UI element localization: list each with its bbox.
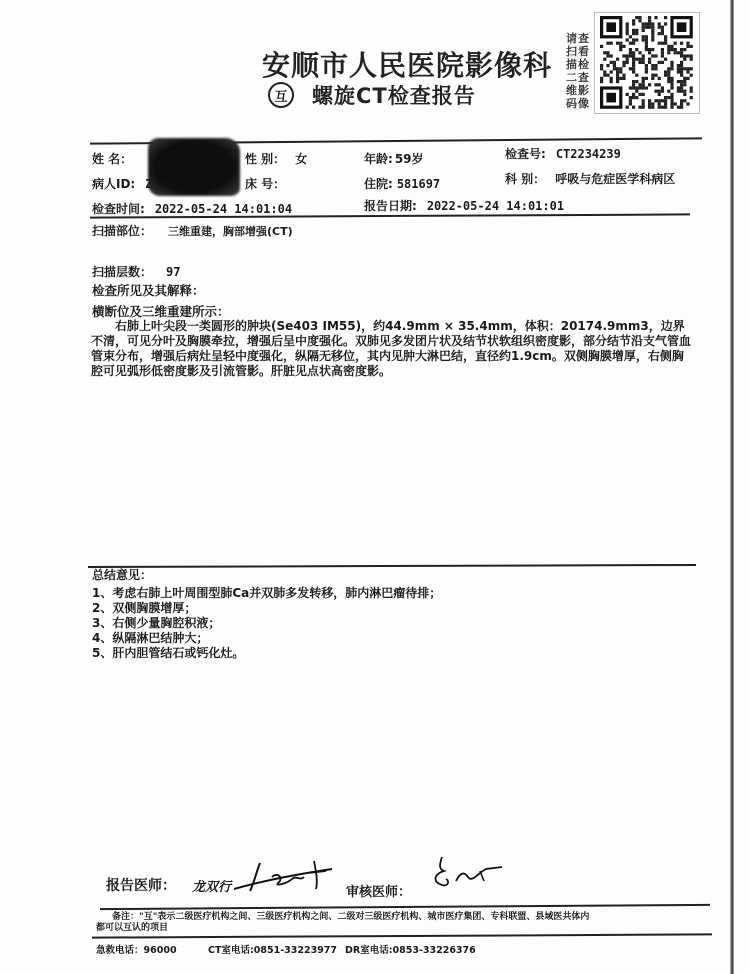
report-date-field: 报告日期: 2022-05-24 14:01:01: [364, 197, 564, 214]
inpatient-value: 581697: [397, 177, 440, 191]
qr-caption-char: 维: [566, 84, 577, 97]
divider: [92, 933, 712, 938]
qr-caption-char: 像: [578, 97, 589, 110]
patient-name-field: 姓 名：: [92, 150, 142, 167]
patient-id-value: Z: [145, 177, 152, 191]
patient-id-label: 病人ID:: [92, 175, 135, 192]
inpatient-field: 住院: 581697: [364, 175, 440, 192]
exam-number-value: CT2234239: [556, 147, 621, 161]
qr-caption-char: 影: [578, 84, 589, 97]
qr-caption-char: 查: [578, 71, 589, 84]
bed-label: 床 号：: [245, 175, 285, 192]
scan-site-field: 扫描部位： 三维重建，胸部增强(CT): [92, 222, 293, 239]
qr-caption-char: 二: [566, 71, 577, 84]
scan-layers-field: 扫描层数： 97: [92, 263, 180, 280]
exam-time-field: 检查时间: 2022-05-24 14:01:04: [92, 200, 292, 217]
inpatient-label: 住院:: [364, 175, 393, 192]
department-value: 呼吸与危症医学科病区: [555, 170, 675, 187]
bed-field: 床 号：: [245, 175, 295, 192]
report-doctor-name: 龙双行: [192, 876, 231, 895]
footnote: 备注："互"表示二级医疗机构之间、三级医疗机构之间、二级对三级医疗机构、城市医疗…: [96, 912, 589, 934]
mutual-recognition-badge: 互: [268, 82, 294, 108]
qr-caption-left: 请 扫 描 二 维 码: [566, 32, 577, 110]
emergency-phone: 急救电话：96000: [96, 942, 177, 956]
summary-item: 4、纵隔淋巴结肿大；: [92, 631, 441, 646]
ct-room-phone: CT室电话:0851-33223977: [208, 942, 337, 956]
summary-heading: 总结意见：: [92, 568, 441, 583]
summary-item: 2、双侧胸膜增厚；: [92, 601, 441, 616]
gender-field: 性 别： 女: [245, 150, 307, 167]
age-field: 年龄: 59岁: [364, 150, 424, 167]
review-doctor-signature-icon: [428, 853, 508, 893]
divider: [100, 904, 710, 910]
exam-time-label: 检查时间:: [92, 200, 145, 217]
exam-number-label: 检查号:: [505, 145, 546, 162]
qr-code-icon[interactable]: [594, 12, 700, 114]
age-value: 59岁: [395, 150, 424, 167]
exam-number-field: 检查号: CT2234239: [505, 145, 621, 162]
report-subtitle-row: 互 螺旋CT检查报告: [268, 80, 476, 110]
review-doctor-label: 审核医师：: [346, 881, 411, 900]
scan-site-value: 三维重建，胸部增强(CT): [168, 223, 293, 239]
paper-edge: [730, 0, 734, 974]
findings-text: 右肺上叶尖段一类圆形的肿块(Se403 IM55)，约44.9mm × 35.4…: [91, 319, 691, 379]
report-doctor-signature-icon: [232, 855, 342, 895]
scan-layers-label: 扫描层数：: [92, 263, 152, 280]
patient-id-field: 病人ID: Z: [92, 175, 152, 192]
report-date-label: 报告日期:: [364, 197, 417, 214]
qr-caption-char: 看: [578, 45, 589, 58]
gender-value: 女: [295, 150, 307, 167]
qr-caption-char: 描: [566, 58, 577, 71]
redaction-mark: [148, 138, 240, 196]
summary-item: 3、右侧少量胸腔积液；: [92, 616, 441, 631]
qr-caption-char: 检: [578, 58, 589, 71]
exam-time-value: 2022-05-24 14:01:04: [155, 202, 292, 216]
hospital-department-title: 安顺市人民医院影像科: [262, 44, 552, 84]
qr-caption-char: 查: [578, 32, 589, 45]
scan-layers-value: 97: [166, 265, 180, 279]
findings-heading: 检查所见及其解释：: [92, 283, 205, 298]
report-date-value: 2022-05-24 14:01:01: [427, 199, 564, 213]
dr-room-phone: DR室电话:0853-33226376: [345, 942, 476, 956]
department-field: 科 别： 呼吸与危症医学科病区: [505, 170, 675, 187]
report-title: 螺旋CT检查报告: [312, 80, 476, 110]
age-label: 年龄:: [364, 150, 393, 167]
patient-name-label: 姓 名：: [92, 150, 132, 167]
findings-body: 右肺上叶尖段一类圆形的肿块(Se403 IM55)，约44.9mm × 35.4…: [91, 319, 691, 379]
ct-report-page: 安顺市人民医院影像科 互 螺旋CT检查报告 请 扫 描 二 维 码 查 看 检 …: [0, 0, 750, 974]
department-label: 科 别：: [505, 170, 545, 187]
qr-caption-right: 查 看 检 查 影 像: [578, 32, 589, 110]
summary-section: 总结意见： 1、考虑右肺上叶周围型肺Ca并双肺多发转移，肺内淋巴瘤待排； 2、双…: [92, 568, 441, 661]
summary-item: 5、肝内胆管结石或钙化灶。: [92, 646, 441, 661]
gender-label: 性 别：: [245, 150, 285, 167]
report-doctor-row: 报告医师： 龙双行: [106, 875, 231, 895]
summary-item: 1、考虑右肺上叶周围型肺Ca并双肺多发转移，肺内淋巴瘤待排；: [92, 586, 441, 601]
report-doctor-label: 报告医师：: [106, 875, 176, 895]
qr-caption-char: 请: [566, 32, 577, 45]
footnote-line: 备注："互"表示二级医疗机构之间、三级医疗机构之间、二级对三级医疗机构、城市医疗…: [96, 912, 589, 923]
qr-caption-char: 码: [566, 97, 577, 110]
footnote-line: 都可以互认的项目: [96, 923, 589, 934]
findings-intro: 横断位及三维重建所示：: [92, 304, 230, 319]
qr-caption-char: 扫: [566, 45, 577, 58]
scan-site-label: 扫描部位：: [92, 222, 152, 239]
